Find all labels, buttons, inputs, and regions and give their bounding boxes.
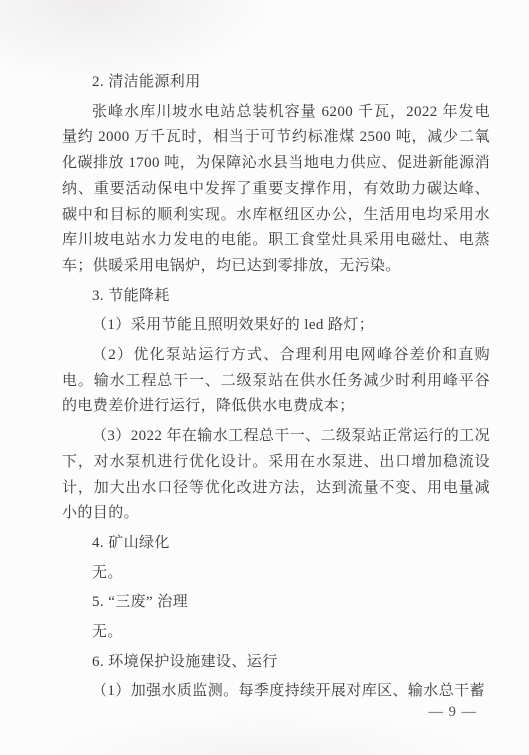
paragraph: 无。 [62, 561, 490, 587]
paragraph: （1）采用节能且照明效果好的 led 路灯； [62, 313, 490, 339]
document-body: 2. 清洁能源利用张峰水库川坡水电站总装机容量 6200 千瓦，2022 年发电… [62, 70, 490, 705]
paragraph: 无。 [62, 620, 490, 646]
section-heading: 4. 矿山绿化 [62, 531, 490, 557]
document-page: 2. 清洁能源利用张峰水库川坡水电站总装机容量 6200 千瓦，2022 年发电… [0, 0, 529, 755]
page-number: — 9 — [429, 704, 478, 721]
section-heading: 3. 节能降耗 [62, 284, 490, 310]
section-heading: 2. 清洁能源利用 [62, 70, 490, 96]
paragraph: （1）加强水质监测。每季度持续开展对库区、输水总干蓄 [62, 679, 490, 705]
paragraph: 张峰水库川坡水电站总装机容量 6200 千瓦，2022 年发电量约 2000 万… [62, 100, 490, 280]
paragraph: （3）2022 年在输水工程总干一、二级泵站正常运行的工况下，对水泵机进行优化设… [62, 424, 490, 527]
section-heading: 6. 环境保护设施建设、运行 [62, 650, 490, 676]
paragraph: （2）优化泵站运行方式、合理利用电网峰谷差价和直购电。输水工程总干一、二级泵站在… [62, 343, 490, 420]
section-heading: 5. “三废” 治理 [62, 590, 490, 616]
